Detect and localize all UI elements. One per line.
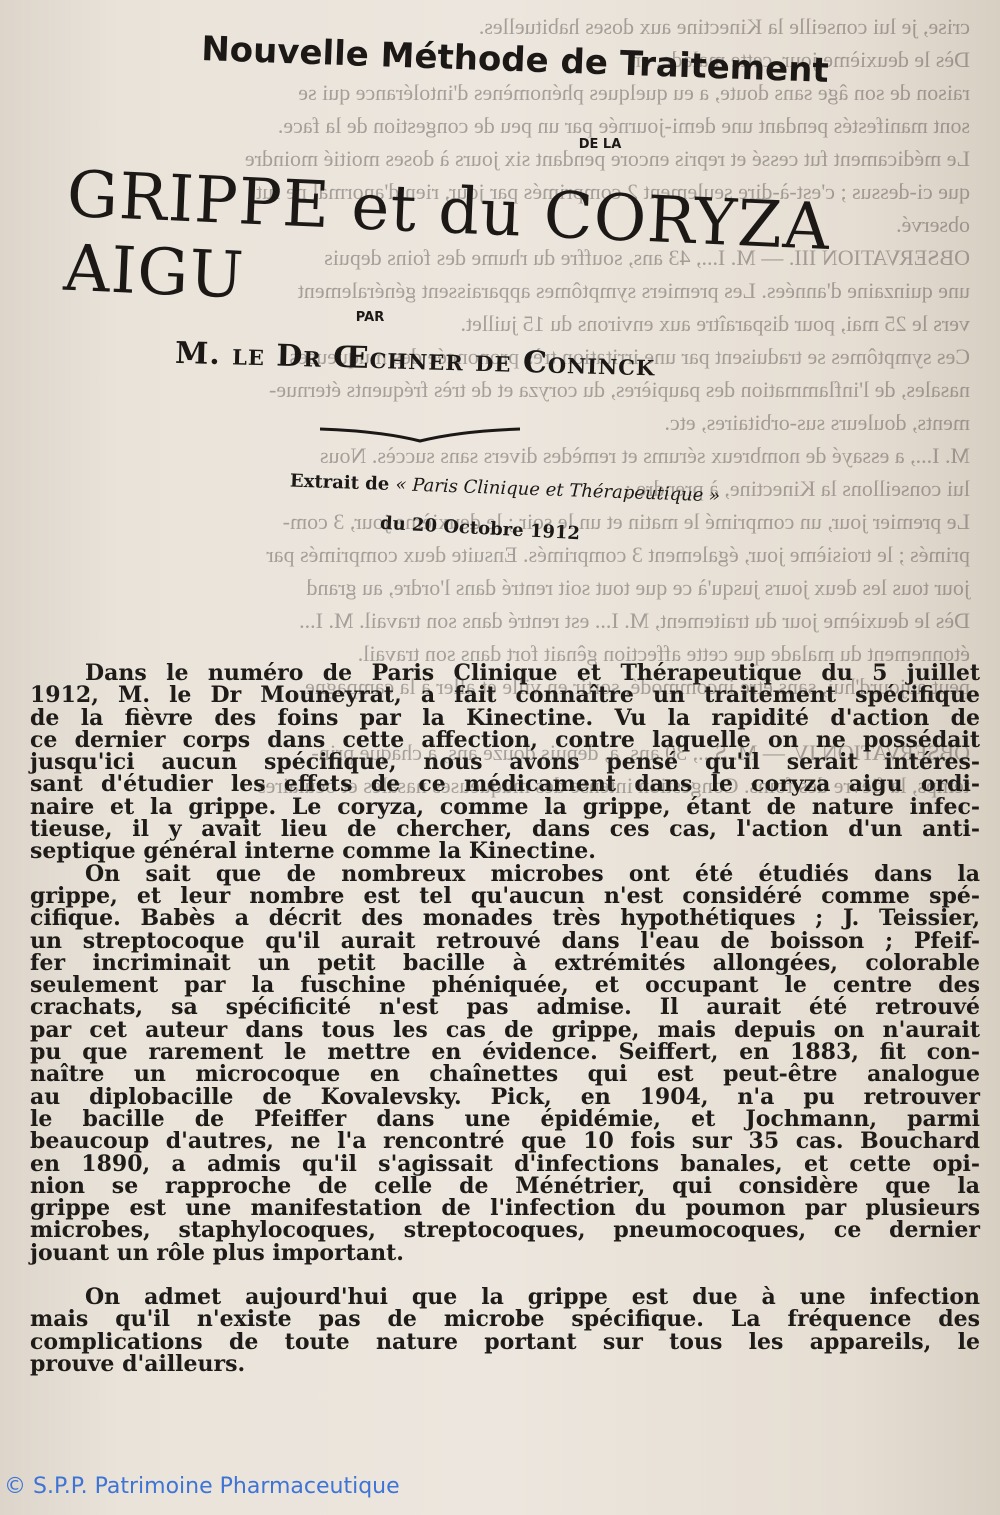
- paragraph-2: On sait que de nombreux microbes ont été…: [30, 863, 980, 1264]
- text-line: nion se rapproche de celle de Ménétrier,…: [30, 1175, 980, 1197]
- text-line: septique général interne comme la Kinect…: [30, 840, 980, 862]
- text-line: en 1890, a admis qu'il s'agissait d'infe…: [30, 1153, 980, 1175]
- text-line: pu que rarement le mettre en évidence. S…: [30, 1041, 980, 1063]
- text-line: un streptocoque qu'il aurait retrouvé da…: [30, 930, 980, 952]
- text-line: le bacille de Pfeiffer dans une épidémie…: [30, 1108, 980, 1130]
- by-label: PAR: [340, 310, 400, 325]
- article-body: Dans le numéro de Paris Clinique et Thér…: [30, 662, 980, 1375]
- text-line: Dans le numéro de Paris Clinique et Thér…: [30, 662, 980, 684]
- text-line: cifique. Babès a décrit des monades très…: [30, 907, 980, 929]
- text-line: ce dernier corps dans cette affection, c…: [30, 729, 980, 751]
- text-line: complications de toute nature portant su…: [30, 1331, 980, 1353]
- decorative-rule-icon: [320, 425, 520, 445]
- paragraph-gap: [30, 1264, 980, 1286]
- text-line: jusqu'ici aucun spécifique, nous avons p…: [30, 751, 980, 773]
- text-line: On sait que de nombreux microbes ont été…: [30, 863, 980, 885]
- text-line: au diplobacille de Kovalevsky. Pick, en …: [30, 1086, 980, 1108]
- text-line: grippe, et leur nombre est tel qu'aucun …: [30, 885, 980, 907]
- text-line: crachats, sa spécificité n'est pas admis…: [30, 996, 980, 1018]
- text-line: prouve d'ailleurs.: [30, 1353, 980, 1375]
- text-line: par cet auteur dans tous les cas de grip…: [30, 1019, 980, 1041]
- bleed-line: primés ; le troisième jour, également 3 …: [40, 538, 970, 571]
- paragraph-3: On admet aujourd'hui que la grippe est d…: [30, 1286, 980, 1375]
- bleed-line: Dès le deuxième jour du traitement, M. I…: [40, 604, 970, 637]
- text-line: 1912, M. le Dr Mouneyrat, a fait connaît…: [30, 684, 980, 706]
- bleed-line: crise, je lui conseille la Kinectine aux…: [40, 10, 970, 43]
- text-line: fer incriminait un petit bacille à extré…: [30, 952, 980, 974]
- text-line: grippe est une manifestation de l'infect…: [30, 1197, 980, 1219]
- text-line: sant d'étudier les effets de ce médicame…: [30, 773, 980, 795]
- extract-prefix: Extrait de: [290, 470, 390, 494]
- copyright-watermark: © S.P.P. Patrimoine Pharmaceutique: [4, 1474, 400, 1499]
- text-line: seulement par la fuschine phéniquée, et …: [30, 974, 980, 996]
- text-line: de la fièvre des foins par la Kinectine.…: [30, 707, 980, 729]
- bleed-line: sont manifestés pendant une demi-journée…: [40, 109, 970, 142]
- text-line: On admet aujourd'hui que la grippe est d…: [30, 1286, 980, 1308]
- paragraph-1: Dans le numéro de Paris Clinique et Thér…: [30, 662, 980, 863]
- text-line: naître un microcoque en chaînettes qui e…: [30, 1063, 980, 1085]
- text-line: jouant un rôle plus important.: [30, 1242, 980, 1264]
- text-line: naire et la grippe. Le coryza, comme la …: [30, 796, 980, 818]
- text-line: tieuse, il y avait lieu de chercher, dan…: [30, 818, 980, 840]
- text-line: beaucoup d'autres, ne l'a rencontré que …: [30, 1130, 980, 1152]
- title-connector: DE LA: [560, 137, 640, 152]
- text-line: mais qu'il n'existe pas de microbe spéci…: [30, 1308, 980, 1330]
- bleed-line: jour tous les deux jours jusqu'à ce que …: [40, 571, 970, 604]
- text-line: microbes, staphylocoques, streptocoques,…: [30, 1219, 980, 1241]
